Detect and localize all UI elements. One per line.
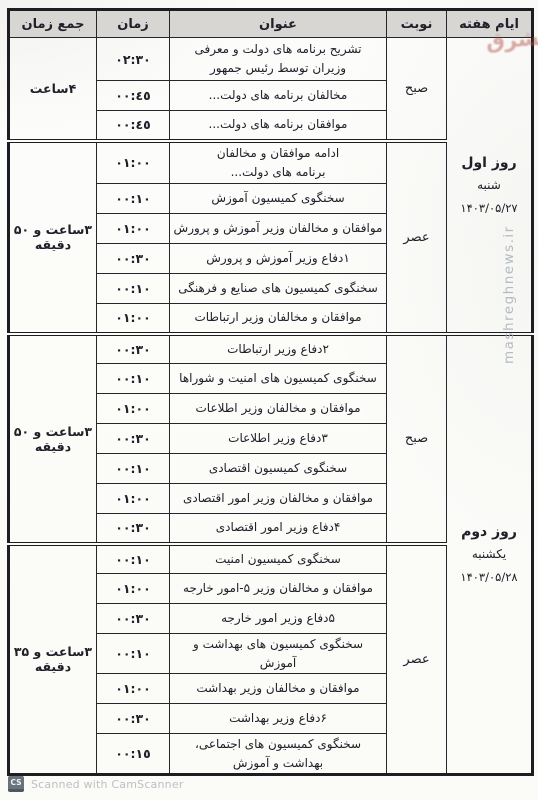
camscanner-footer: CS Scanned with CamScanner xyxy=(8,776,184,792)
time-cell: ٠٠:١٥ xyxy=(97,734,170,775)
title-cell: ۶دفاع وزیر بهداشت xyxy=(170,704,387,734)
header-cell-time: زمان xyxy=(97,10,170,38)
day-cell: روز دومیکشنبه۱۴۰۳/۰۵/۲۸ xyxy=(447,334,533,775)
total-cell: ۴ساعت xyxy=(9,38,97,141)
time-cell: ٠٠:١٠ xyxy=(97,454,170,484)
title-cell: سخنگوی کمیسیون امنیت xyxy=(170,544,387,574)
time-cell: ٠٠:١٠ xyxy=(97,634,170,674)
schedule-table: ایام هفته نوبت عنوان زمان جمع زمان روز ا… xyxy=(7,8,534,776)
title-cell: موافقان و مخالفان وزیر ۵-امور خارجه xyxy=(170,574,387,604)
header-cell-shift: نوبت xyxy=(387,10,447,38)
time-cell: ٠٠:١٠ xyxy=(97,274,170,304)
table-header-row: ایام هفته نوبت عنوان زمان جمع زمان xyxy=(9,10,533,38)
time-cell: ٠٠:١٠ xyxy=(97,364,170,394)
total-cell: ۳ساعت و ۳۵ دقیقه xyxy=(9,544,97,775)
time-cell: ٠٠:٣٠ xyxy=(97,604,170,634)
time-cell: ٠٠:٣٠ xyxy=(97,514,170,544)
total-cell: ۳ساعت و ۵۰ دقیقه xyxy=(9,334,97,544)
title-cell: موافقان و مخالفان وزیر امور اقتصادی xyxy=(170,484,387,514)
time-cell: ٠٠:١٠ xyxy=(97,544,170,574)
time-cell: ٠٠:٣٠ xyxy=(97,424,170,454)
time-cell: ٠١:٠٠ xyxy=(97,674,170,704)
time-cell: ٠٠:٤٥ xyxy=(97,81,170,111)
title-cell: موافقان و مخالفان وزیر اطلاعات xyxy=(170,394,387,424)
schedule-body: روز اولشنبه۱۴۰۳/۰۵/۲۷صبحتشریح برنامه های… xyxy=(9,38,533,775)
title-cell: ۴دفاع وزیر امور اقتصادی xyxy=(170,514,387,544)
title-cell: موافقان و مخالفان وزیر آموزش و پرورش xyxy=(170,214,387,244)
camscanner-text: Scanned with CamScanner xyxy=(31,778,184,791)
shift-cell: صبح xyxy=(387,334,447,544)
time-cell: ٠٠:٣٠ xyxy=(97,704,170,734)
camscanner-icon: CS xyxy=(8,776,24,792)
total-cell: ۳ساعت و ۵۰ دقیقه xyxy=(9,141,97,334)
title-cell: موافقان برنامه های دولت... xyxy=(170,111,387,141)
title-cell: ۱دفاع وزیر آموزش و پرورش xyxy=(170,244,387,274)
title-cell: سخنگوی کمیسیون اقتصادی xyxy=(170,454,387,484)
table-row: روز دومیکشنبه۱۴۰۳/۰۵/۲۸صبح۲دفاع وزیر ارت… xyxy=(9,334,533,364)
day-name: روز دوم xyxy=(450,524,528,540)
time-cell: ٠١:٠٠ xyxy=(97,141,170,184)
title-cell: سخنگوی کمیسیون های امنیت و شوراها xyxy=(170,364,387,394)
title-cell: ۲دفاع وزیر ارتباطات xyxy=(170,334,387,364)
title-cell: تشریح برنامه های دولت و معرفی وزیران توس… xyxy=(170,38,387,81)
day-cell: روز اولشنبه۱۴۰۳/۰۵/۲۷ xyxy=(447,38,533,334)
shift-cell: عصر xyxy=(387,544,447,775)
day-date: ۱۴۰۳/۰۵/۲۸ xyxy=(450,570,528,584)
header-cell-title: عنوان xyxy=(170,10,387,38)
time-cell: ٠٢:٣٠ xyxy=(97,38,170,81)
time-cell: ٠٠:٣٠ xyxy=(97,334,170,364)
time-cell: ٠١:٠٠ xyxy=(97,214,170,244)
shift-cell: صبح xyxy=(387,38,447,141)
title-cell: سخنگوی کمیسیون های اجتماعی، بهداشت و آمو… xyxy=(170,734,387,775)
time-cell: ٠١:٠٠ xyxy=(97,394,170,424)
header-cell-total: جمع زمان xyxy=(9,10,97,38)
title-cell: سخنگوی کمیسیون های بهداشت و آموزش xyxy=(170,634,387,674)
title-cell: موافقان و مخالفان وزیر ارتباطات xyxy=(170,304,387,334)
day-weekday: یکشنبه xyxy=(450,547,528,561)
title-cell: مخالفان برنامه های دولت... xyxy=(170,81,387,111)
title-cell: موافقان و مخالفان وزیر بهداشت xyxy=(170,674,387,704)
time-cell: ٠٠:٣٠ xyxy=(97,244,170,274)
time-cell: ٠٠:١٠ xyxy=(97,184,170,214)
title-cell: ۵دفاع وزیر امور خارجه xyxy=(170,604,387,634)
time-cell: ٠١:٠٠ xyxy=(97,484,170,514)
time-cell: ٠١:٠٠ xyxy=(97,574,170,604)
time-cell: ٠١:٠٠ xyxy=(97,304,170,334)
time-cell: ٠٠:٤٥ xyxy=(97,111,170,141)
title-cell: ۳دفاع وزیر اطلاعات xyxy=(170,424,387,454)
shift-cell: عصر xyxy=(387,141,447,334)
site-url-watermark: mashreghnews.ir xyxy=(501,34,517,364)
table-row: روز اولشنبه۱۴۰۳/۰۵/۲۷صبحتشریح برنامه های… xyxy=(9,38,533,81)
title-cell: ادامه موافقان و مخالفان برنامه های دولت.… xyxy=(170,141,387,184)
title-cell: سخنگوی کمیسیون آموزش xyxy=(170,184,387,214)
title-cell: سخنگوی کمیسیون های صنایع و فرهنگی xyxy=(170,274,387,304)
